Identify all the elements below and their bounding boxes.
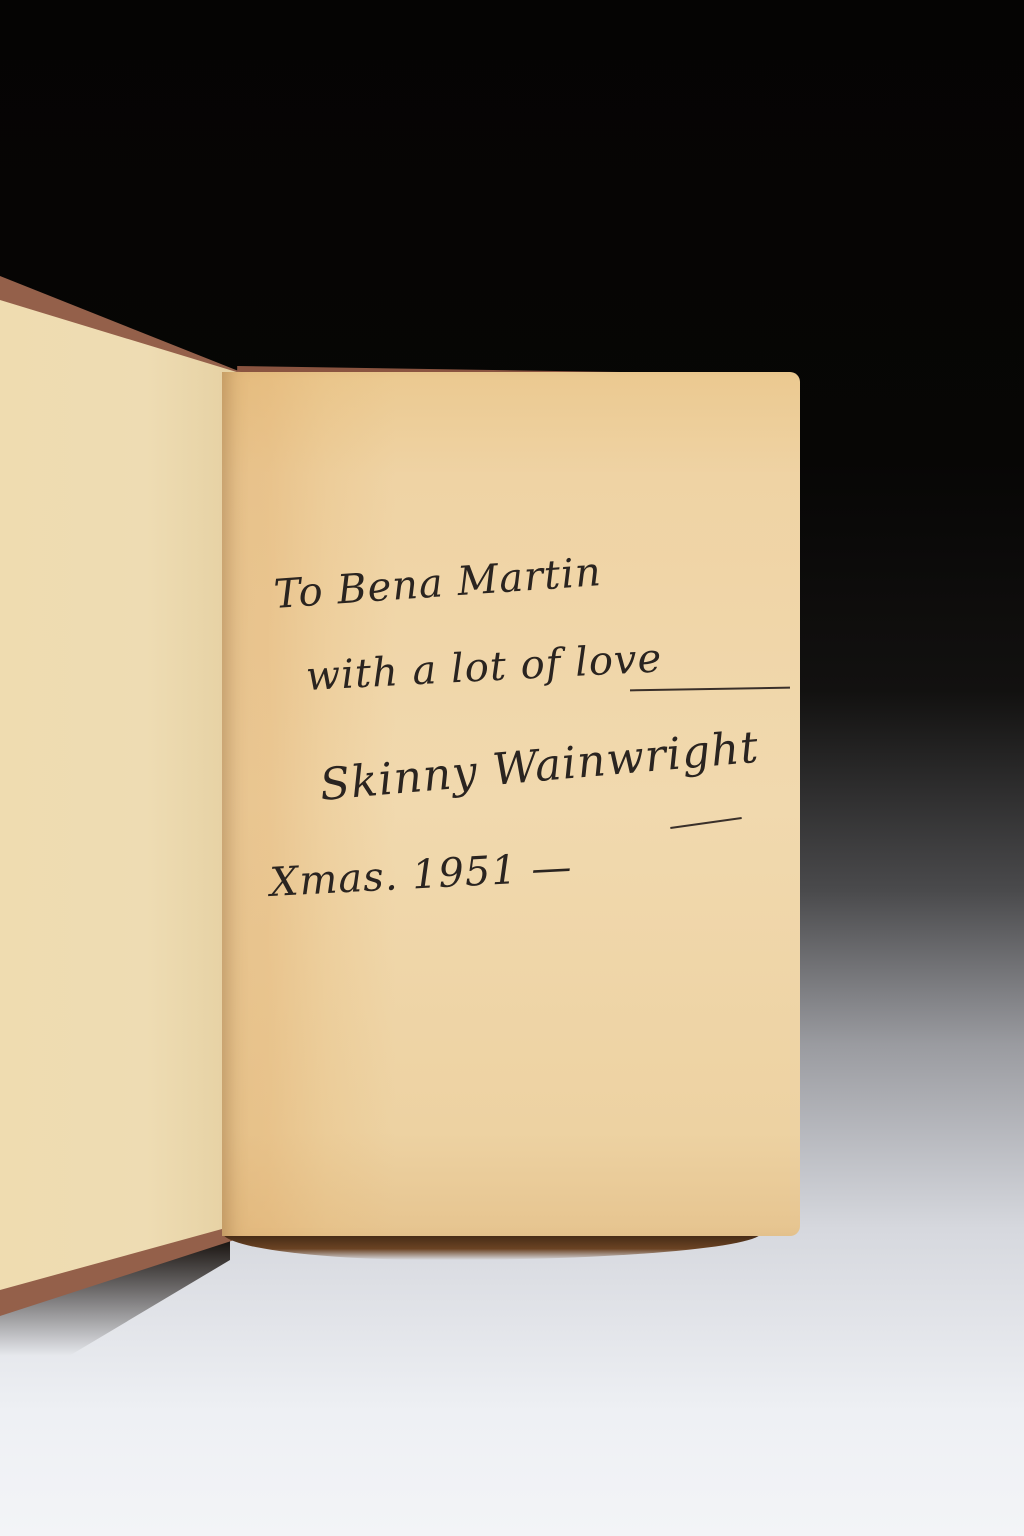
book-photo: To Bena Martin with a lot of love Skinny… bbox=[0, 0, 1024, 1536]
signature-underline bbox=[670, 817, 742, 829]
pen-flourish bbox=[630, 687, 790, 692]
inscription-date: Xmas. 1951 — bbox=[269, 844, 574, 906]
inscription-dedication: To Bena Martin bbox=[272, 549, 603, 618]
handwritten-inscription: To Bena Martin with a lot of love Skinny… bbox=[222, 372, 800, 1236]
inscription-sentiment: with a lot of love bbox=[305, 635, 663, 700]
inscription-signature: Skinny Wainwright bbox=[318, 722, 761, 811]
page-block-shadow bbox=[222, 1232, 762, 1260]
front-pastedown-page bbox=[0, 300, 244, 1290]
